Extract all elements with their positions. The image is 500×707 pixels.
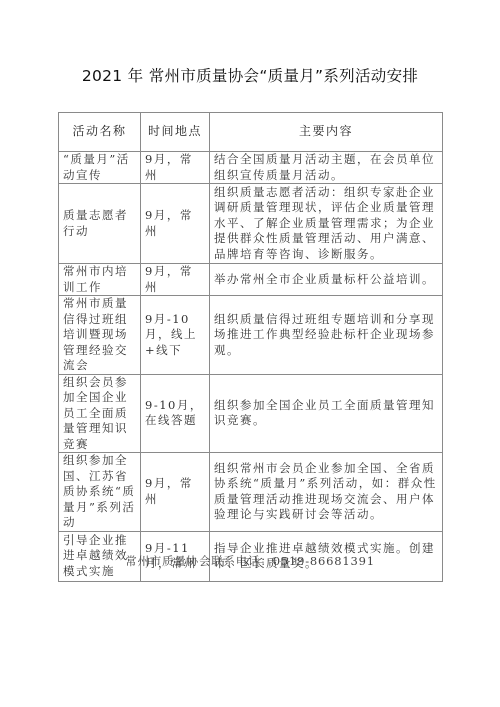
main-content-cell: 组织常州市会员企业参加全国、全省质协系统“质量月”系列活动，如：群众性质量管理活… bbox=[210, 453, 443, 532]
header-main-content: 主要内容 bbox=[210, 113, 443, 152]
time-place-cell: 9月，常州 bbox=[141, 184, 210, 264]
activity-name-cell: “质量月”活动宣传 bbox=[59, 152, 141, 184]
time-place-cell: 9月，常州 bbox=[141, 264, 210, 296]
table-row: “质量月”活动宣传9月，常州结合全国质量月活动主题，在会员单位组织宣传质量月活动… bbox=[59, 152, 443, 184]
main-content-cell: 结合全国质量月活动主题，在会员单位组织宣传质量月活动。 bbox=[210, 152, 443, 184]
contact-footer: 常州市质量协会联系电话：0519-86681391 bbox=[0, 553, 500, 569]
table-header-row: 活动名称 时间地点 主要内容 bbox=[59, 113, 443, 152]
table-row: 常州市内培训工作9月，常州举办常州全市企业质量标杆公益培训。 bbox=[59, 264, 443, 296]
activity-schedule-table: 活动名称 时间地点 主要内容 “质量月”活动宣传9月，常州结合全国质量月活动主题… bbox=[58, 112, 443, 582]
document-title: 2021 年 常州市质量协会“质量月”系列活动安排 bbox=[0, 64, 500, 86]
time-place-cell: 9月，常州 bbox=[141, 152, 210, 184]
time-place-cell: 9-10月，在线答题 bbox=[141, 374, 210, 453]
activity-name-cell: 组织参加全国、江苏省质协系统“质量月”系列活动 bbox=[59, 453, 141, 532]
time-place-cell: 9月-10月，线上+线下 bbox=[141, 296, 210, 375]
main-content-cell: 组织参加全国企业员工全面质量管理知识竞赛。 bbox=[210, 374, 443, 453]
table-row: 组织会员参加全国企业员工全面质量管理知识竞赛9-10月，在线答题组织参加全国企业… bbox=[59, 374, 443, 453]
activity-name-cell: 常州市内培训工作 bbox=[59, 264, 141, 296]
header-activity-name: 活动名称 bbox=[59, 113, 141, 152]
activity-name-cell: 质量志愿者行动 bbox=[59, 184, 141, 264]
activity-name-cell: 组织会员参加全国企业员工全面质量管理知识竞赛 bbox=[59, 374, 141, 453]
main-content-cell: 举办常州全市企业质量标杆公益培训。 bbox=[210, 264, 443, 296]
header-time-place: 时间地点 bbox=[141, 113, 210, 152]
table-row: 常州市质量信得过班组培训暨现场管理经验交流会9月-10月，线上+线下组织质量信得… bbox=[59, 296, 443, 375]
time-place-cell: 9月，常州 bbox=[141, 453, 210, 532]
table-row: 组织参加全国、江苏省质协系统“质量月”系列活动9月，常州组织常州市会员企业参加全… bbox=[59, 453, 443, 532]
main-content-cell: 组织质量信得过班组专题培训和分享现场推进工作典型经验赴标杆企业现场参观。 bbox=[210, 296, 443, 375]
activity-name-cell: 常州市质量信得过班组培训暨现场管理经验交流会 bbox=[59, 296, 141, 375]
table-row: 质量志愿者行动9月，常州组织质量志愿者活动：组织专家赴企业调研质量管理现状，评估… bbox=[59, 184, 443, 264]
main-content-cell: 组织质量志愿者活动：组织专家赴企业调研质量管理现状，评估企业质量管理水平、了解企… bbox=[210, 184, 443, 264]
